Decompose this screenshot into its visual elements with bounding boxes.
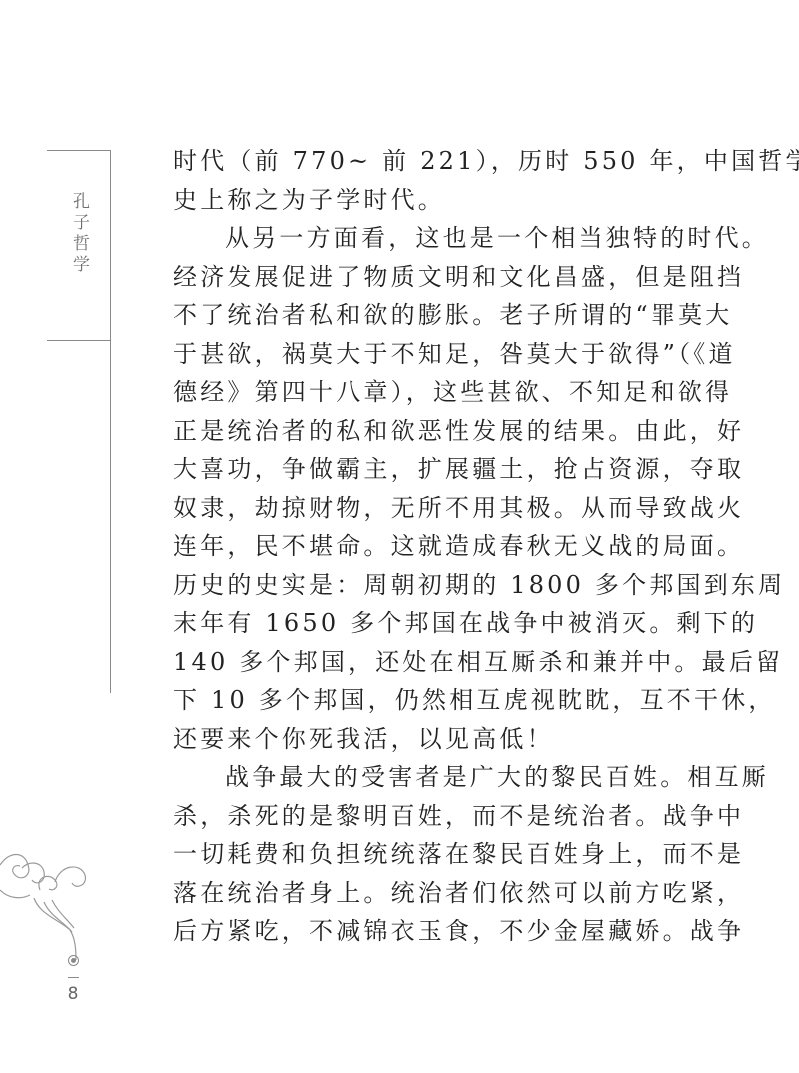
text-line: 140 多个邦国，还处在相互厮杀和兼并中。最后留 bbox=[173, 643, 693, 682]
running-title: 孔子哲学 bbox=[56, 192, 92, 276]
text-line: 末年有 1650 多个邦国在战争中被消灭。剩下的 bbox=[173, 604, 693, 643]
cloud-ornament-icon bbox=[0, 820, 130, 960]
page-number: 8 bbox=[60, 984, 86, 1004]
text-line: 时代（前 770~ 前 221），历时 550 年，中国哲学 bbox=[173, 142, 693, 181]
body-text: 时代（前 770~ 前 221），历时 550 年，中国哲学 史上称之为子学时代… bbox=[173, 142, 693, 951]
text-line: 正是统治者的私和欲恶性发展的结果。由此，好 bbox=[173, 412, 693, 451]
text-line: 落在统治者身上。统治者们依然可以前方吃紧， bbox=[173, 874, 693, 913]
sidebar-rule-top bbox=[47, 150, 110, 151]
page-divider bbox=[68, 977, 79, 978]
text-line: 杀，杀死的是黎明百姓，而不是统治者。战争中 bbox=[173, 797, 693, 836]
text-line: 奴隶，劫掠财物，无所不用其极。从而导致战火 bbox=[173, 489, 693, 528]
sidebar-rule-vertical bbox=[110, 150, 111, 693]
text-line: 后方紧吃，不减锦衣玉食，不少金屋藏娇。战争 bbox=[173, 912, 693, 951]
text-line: 下 10 多个邦国，仍然相互虎视眈眈，互不干休， bbox=[173, 681, 693, 720]
text-line: 经济发展促进了物质文明和文化昌盛，但是阻挡 bbox=[173, 258, 693, 297]
text-line: 于甚欲，祸莫大于不知足，咎莫大于欲得”（《道 bbox=[173, 335, 693, 374]
sidebar-rule-middle bbox=[47, 340, 110, 341]
text-line: 大喜功，争做霸主，扩展疆土，抢占资源，夺取 bbox=[173, 450, 693, 489]
text-line: 一切耗费和负担统统落在黎民百姓身上，而不是 bbox=[173, 835, 693, 874]
text-line: 还要来个你死我活，以见高低！ bbox=[173, 720, 693, 759]
text-line: 连年，民不堪命。这就造成春秋无义战的局面。 bbox=[173, 527, 693, 566]
text-line: 不了统治者私和欲的膨胀。老子所谓的“罪莫大 bbox=[173, 296, 693, 335]
text-line: 德经》第四十八章），这些甚欲、不知足和欲得 bbox=[173, 373, 693, 412]
text-line: 从另一方面看，这也是一个相当独特的时代。 bbox=[173, 219, 693, 258]
text-line: 战争最大的受害者是广大的黎民百姓。相互厮 bbox=[173, 758, 693, 797]
text-line: 历史的史实是：周朝初期的 1800 多个邦国到东周 bbox=[173, 566, 693, 605]
text-line: 史上称之为子学时代。 bbox=[173, 181, 693, 220]
page-marker-icon bbox=[68, 955, 79, 966]
